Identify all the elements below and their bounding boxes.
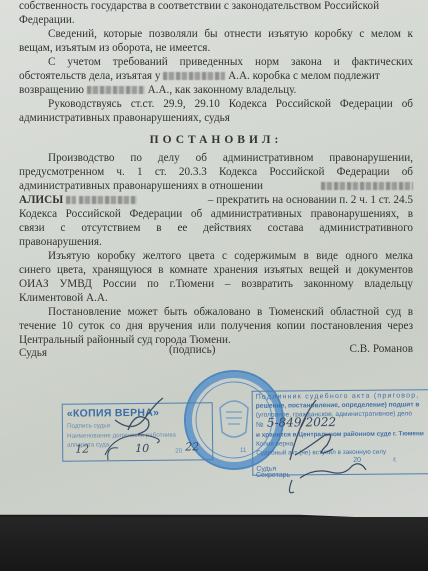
document-page: собственность государства в соответствии… bbox=[0, 0, 428, 520]
paragraph-appeal: Постановление может быть обжаловано в Тю… bbox=[19, 305, 413, 347]
text-line: Постановление может быть обжаловано в Тю… bbox=[19, 305, 413, 319]
redacted-name bbox=[87, 86, 145, 94]
text-line: связи с отсутствием в ее действиях соста… bbox=[19, 221, 413, 235]
text-line: Изъятую коробку желтого цвета с содержим… bbox=[19, 249, 413, 263]
redacted-surname bbox=[321, 182, 413, 190]
text-line: вещам, изъятым из оборота, не имеется. bbox=[19, 41, 413, 55]
text-line: С учетом требований приведенных норм зак… bbox=[19, 55, 413, 69]
text-line: синего цвета, хранящуюся в комнате хране… bbox=[19, 263, 413, 277]
handwritten-case-number: 5-849/2022 bbox=[267, 415, 336, 430]
paragraph-return-item: Изъятую коробку желтого цвета с содержим… bbox=[19, 249, 413, 305]
text-line: правонарушения. bbox=[19, 235, 413, 249]
stamp-line: Подлинник судебного акта (приговор, bbox=[256, 392, 420, 400]
stamp-line: Наименование должности работника bbox=[67, 432, 176, 440]
paragraph-legislation: собственность государства в соответствии… bbox=[19, 0, 413, 27]
stamp-line: решение, постановление, определение) под… bbox=[256, 401, 420, 409]
stamp-title: «КОПИЯ ВЕРНА» bbox=[67, 407, 160, 420]
text-line: Сведений, которые позволяли бы отнести и… bbox=[19, 27, 413, 41]
stamp-year-prefix: 20 bbox=[175, 448, 182, 455]
paragraph-no-info: Сведений, которые позволяли бы отнести и… bbox=[19, 27, 413, 55]
stamp-year: 20 bbox=[353, 457, 361, 464]
text-line: обстоятельств дела, изъятая у А.А. короб… bbox=[19, 69, 413, 83]
text-line: собственность государства в соответствии… bbox=[19, 0, 413, 13]
table-surface bbox=[0, 517, 428, 571]
original-filed-stamp: Подлинник судебного акта (приговор, реше… bbox=[252, 389, 428, 476]
stamp-line: Подпись судьи bbox=[67, 422, 110, 429]
ruling-heading: ПОСТАНОВИЛ: bbox=[19, 133, 413, 147]
signature-placeholder: (подпись) bbox=[169, 344, 215, 356]
stamp-line: и хранится в Центральном районном суде г… bbox=[256, 430, 424, 438]
paragraph-ruling: Производство по делу об административном… bbox=[19, 151, 413, 249]
redacted-initial bbox=[66, 196, 76, 204]
handwritten-year: 22 bbox=[185, 440, 199, 453]
text-line: Климентовой А.А. bbox=[19, 291, 413, 305]
text-line: ОИАЗ УМВД России по г.Тюмени – возвратит… bbox=[19, 277, 413, 291]
judge-name: С.В. Романов bbox=[350, 343, 413, 355]
judge-label: Судья bbox=[19, 347, 47, 359]
stamp-line: Судебный акт (не) вступил в законную сил… bbox=[256, 449, 386, 457]
text-line: Кодекса Российской Федерации об админист… bbox=[19, 207, 413, 221]
stamp-number-prefix: № bbox=[256, 422, 264, 429]
accused-name: АЛИСЫ bbox=[19, 194, 63, 206]
text-line: предусмотренном ч. 1 ст. 20.3.3 Кодекса … bbox=[19, 165, 413, 179]
redacted-name bbox=[163, 72, 225, 80]
text-line: административных правонарушениях, судья bbox=[19, 111, 413, 125]
redacted-patronymic bbox=[79, 196, 137, 204]
text-line: Руководствуясь ст.ст. 29.9, 29.10 Кодекс… bbox=[19, 97, 413, 111]
stamp-line: Копия верна. bbox=[256, 440, 295, 447]
text-line: течение 10 суток со дня вручения или пол… bbox=[19, 319, 413, 333]
copy-verified-stamp: «КОПИЯ ВЕРНА» Подпись судьи Наименование… bbox=[62, 402, 214, 462]
text-line: возвращению А.А., как законному владельц… bbox=[19, 83, 413, 97]
stamp-secretary-label: Секретарь bbox=[256, 472, 290, 479]
svg-text:11: 11 bbox=[240, 448, 247, 454]
document-body: собственность государства в соответствии… bbox=[19, 0, 413, 347]
text-line: административных правонарушениях в отнош… bbox=[19, 179, 413, 193]
paragraph-guided-by: Руководствуясь ст.ст. 29.9, 29.10 Кодекс… bbox=[19, 97, 413, 125]
stamp-year-suffix: г. bbox=[393, 457, 397, 464]
handwritten-month: 10 bbox=[135, 442, 149, 455]
text-line: АЛИСЫ – прекратить на основании п. 2 ч. … bbox=[19, 193, 413, 207]
handwritten-day: 12 bbox=[75, 443, 89, 456]
paragraph-considering: С учетом требований приведенных норм зак… bbox=[19, 55, 413, 97]
text-line: Федерации. bbox=[19, 13, 413, 27]
text-line: Производство по делу об административном… bbox=[19, 151, 413, 165]
